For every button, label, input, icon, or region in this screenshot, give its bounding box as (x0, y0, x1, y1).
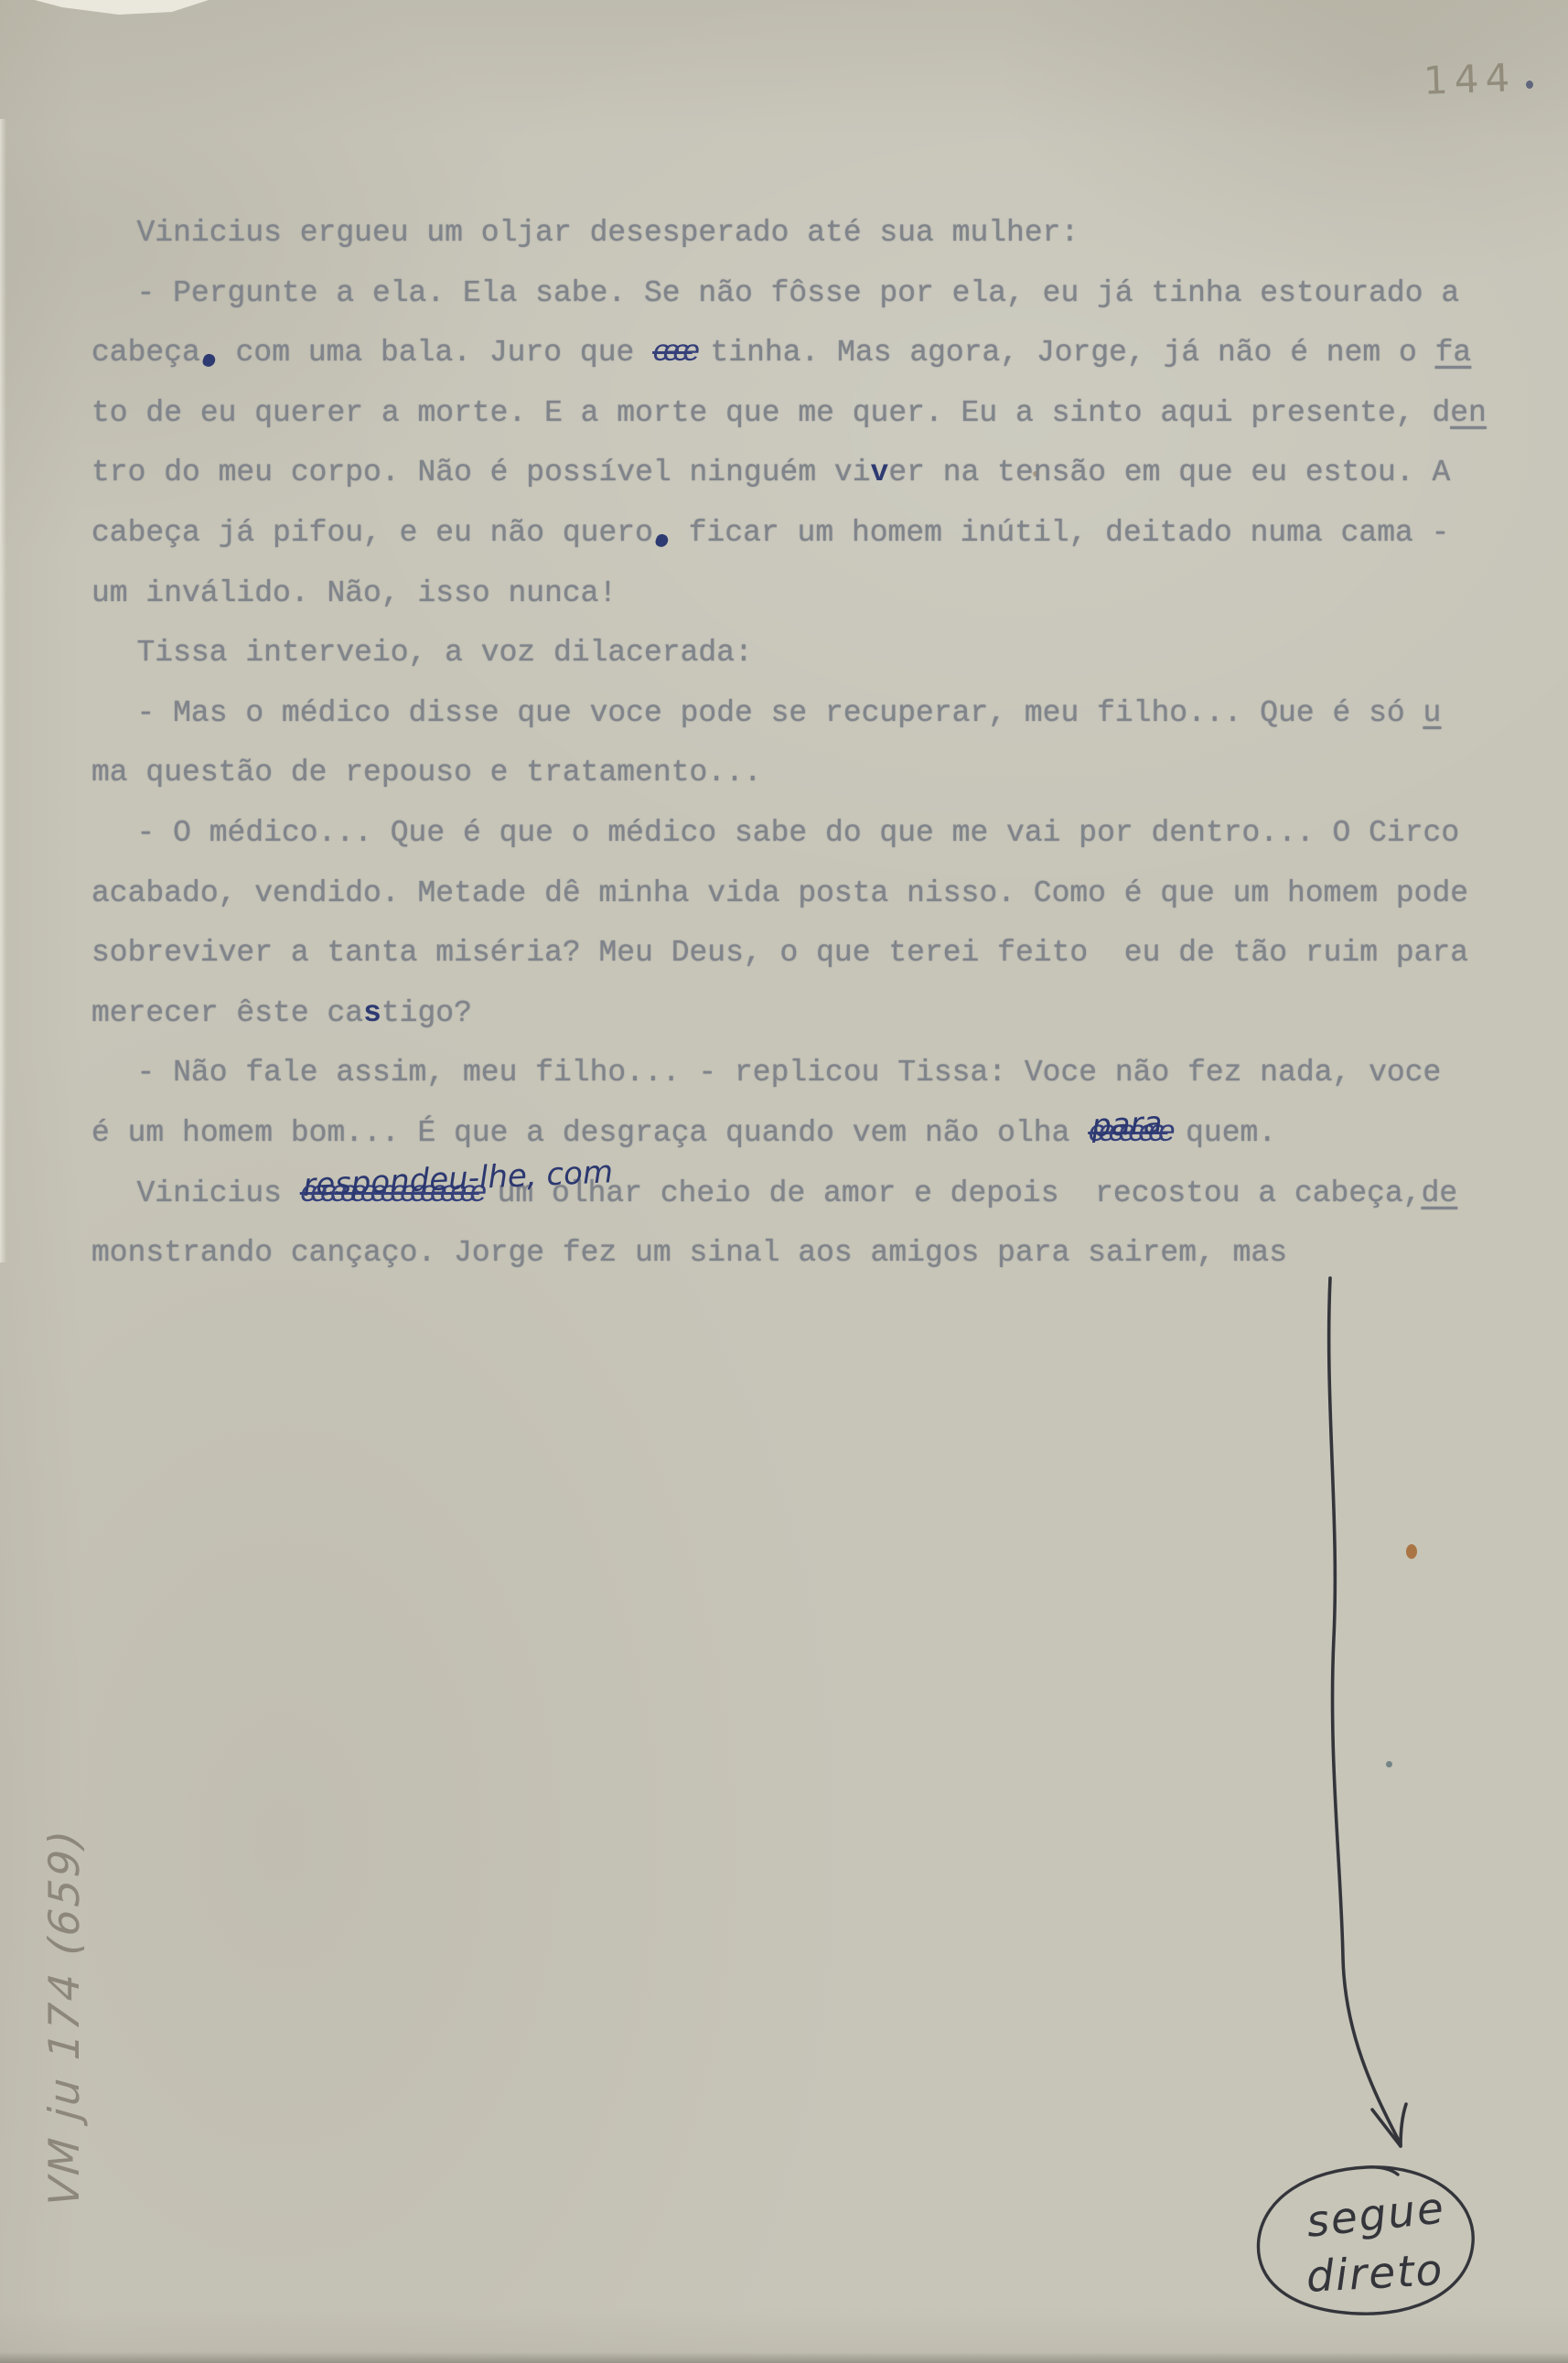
typed-text: cabeça (91, 336, 200, 370)
typed-line: - Pergunte a ela. Ela sabe. Se não fôsse… (91, 263, 1519, 324)
underlined-typed-text: u (1423, 696, 1442, 730)
typed-text: ma questão de repouso e tratamento... (91, 756, 762, 789)
typed-line: acabado, vendido. Metade dê minha vida p… (91, 864, 1519, 924)
typed-text: - Pergunte a ela. Ela sabe. Se não fôsse… (137, 276, 1460, 310)
typed-text: ficar um homem inútil, deitado numa cama… (671, 516, 1450, 550)
underlined-typed-text: en (1450, 396, 1487, 430)
typed-text: - O médico... Que é que o médico sabe do… (137, 816, 1460, 850)
typed-text-block: Vinicius ergueu um oljar desesperado até… (91, 203, 1519, 1284)
underlined-typed-text: fa (1435, 336, 1472, 370)
typed-text: sobreviver a tanta miséria? Meu Deus, o … (91, 936, 1468, 970)
typed-text: er na tensão em que eu estou. A (888, 456, 1450, 489)
typed-line: - O médico... Que é que o médico sabe do… (91, 803, 1519, 864)
page-bottom-edge (0, 2352, 1568, 2363)
ink-overwritten-character: v (871, 456, 889, 489)
typed-line: ma questão de repouso e tratamento... (91, 743, 1519, 803)
typed-line: - Não fale assim, meu filho... - replico… (91, 1043, 1519, 1103)
underlined-typed-text: de (1422, 1176, 1458, 1210)
typed-text: Vinicius ergueu um oljar desesperado até… (137, 216, 1079, 250)
arrowhead-icon (1401, 2104, 1406, 2146)
typed-line: cabeça já pifou, e eu não quero ficar um… (91, 503, 1519, 564)
ink-scribble-strikeout: cececececececececerespondeu-lhe, com (300, 1164, 479, 1224)
ink-overwritten-character: s (363, 996, 381, 1030)
circled-note-line2: direto (1305, 2249, 1445, 2299)
paper-speck (1406, 1544, 1417, 1559)
typed-line: um inválido. Não, isso nunca! (91, 564, 1519, 624)
typed-line: cabeça com uma bala. Juro que cece tinha… (91, 323, 1519, 383)
typed-text: com uma bala. Juro que (218, 336, 652, 370)
torn-paper-edge (35, 0, 209, 15)
typed-text: cabeça já pifou, e eu não quero (91, 516, 653, 550)
page-number: 144 (1423, 55, 1517, 103)
typed-line: Vinicius cececececececececerespondeu-lhe… (91, 1164, 1519, 1224)
typed-line: é um homem bom... É que a desgraça quand… (91, 1103, 1519, 1164)
ink-scribble-strikeout: cece (652, 323, 693, 383)
scanned-manuscript: { "annotations": { "page_number": "144",… (0, 0, 1568, 2363)
typed-line: Tissa interveio, a voz dilacerada: (91, 623, 1519, 683)
typed-line: to de eu querer a morte. E a morte que m… (91, 383, 1519, 444)
arrow-annotation (1329, 1278, 1406, 2146)
ink-dot (1526, 81, 1533, 89)
typed-text: tinha. Mas agora, Jorge, já não é nem o (693, 336, 1435, 370)
typed-line: - Mas o médico disse que voce pode se re… (91, 683, 1519, 744)
arrowhead-icon (1372, 2110, 1401, 2146)
typed-text: - Mas o médico disse que voce pode se re… (137, 696, 1423, 730)
typed-text: monstrando cançaço. Jorge fez um sinal a… (91, 1236, 1287, 1270)
typed-text: - Não fale assim, meu filho... - replico… (137, 1056, 1442, 1090)
typed-line: sobreviver a tanta miséria? Meu Deus, o … (91, 923, 1519, 983)
page-left-edge (0, 119, 6, 1262)
typed-text: to de eu querer a morte. E a morte que m… (91, 396, 1450, 430)
typed-text: Tissa interveio, a voz dilacerada: (137, 636, 753, 670)
typed-text: acabado, vendido. Metade dê minha vida p… (91, 876, 1468, 910)
typed-text: um inválido. Não, isso nunca! (91, 576, 617, 610)
ink-scribble-strikeout: cecececepara (1088, 1103, 1167, 1164)
typed-text: um olhar cheio de amor e depois recostou… (479, 1176, 1422, 1210)
typed-text: tigo? (381, 996, 472, 1030)
margin-note: VM ju 174 (659) (39, 1778, 89, 2258)
typed-text: quem. (1167, 1116, 1276, 1150)
typed-line: Vinicius ergueu um oljar desesperado até… (91, 203, 1519, 263)
paper-speck (1386, 1761, 1392, 1767)
ink-blot-icon (654, 532, 670, 548)
typed-text: Vinicius (137, 1176, 300, 1210)
typed-line: monstrando cançaço. Jorge fez um sinal a… (91, 1223, 1519, 1284)
circled-note-line1: segue (1305, 2186, 1447, 2244)
typed-line: merecer êste castigo? (91, 983, 1519, 1044)
typed-text: é um homem bom... É que a desgraça quand… (91, 1116, 1088, 1150)
ink-blot-icon (201, 353, 217, 369)
handwritten-insertion: para (1090, 1107, 1163, 1141)
typed-text: tro do meu corpo. Não é possível ninguém… (91, 456, 871, 489)
manuscript-page: 144 Vinicius ergueu um oljar desesperado… (0, 0, 1568, 2363)
typed-line: tro do meu corpo. Não é possível ninguém… (91, 443, 1519, 503)
typed-text: merecer êste ca (91, 996, 363, 1030)
